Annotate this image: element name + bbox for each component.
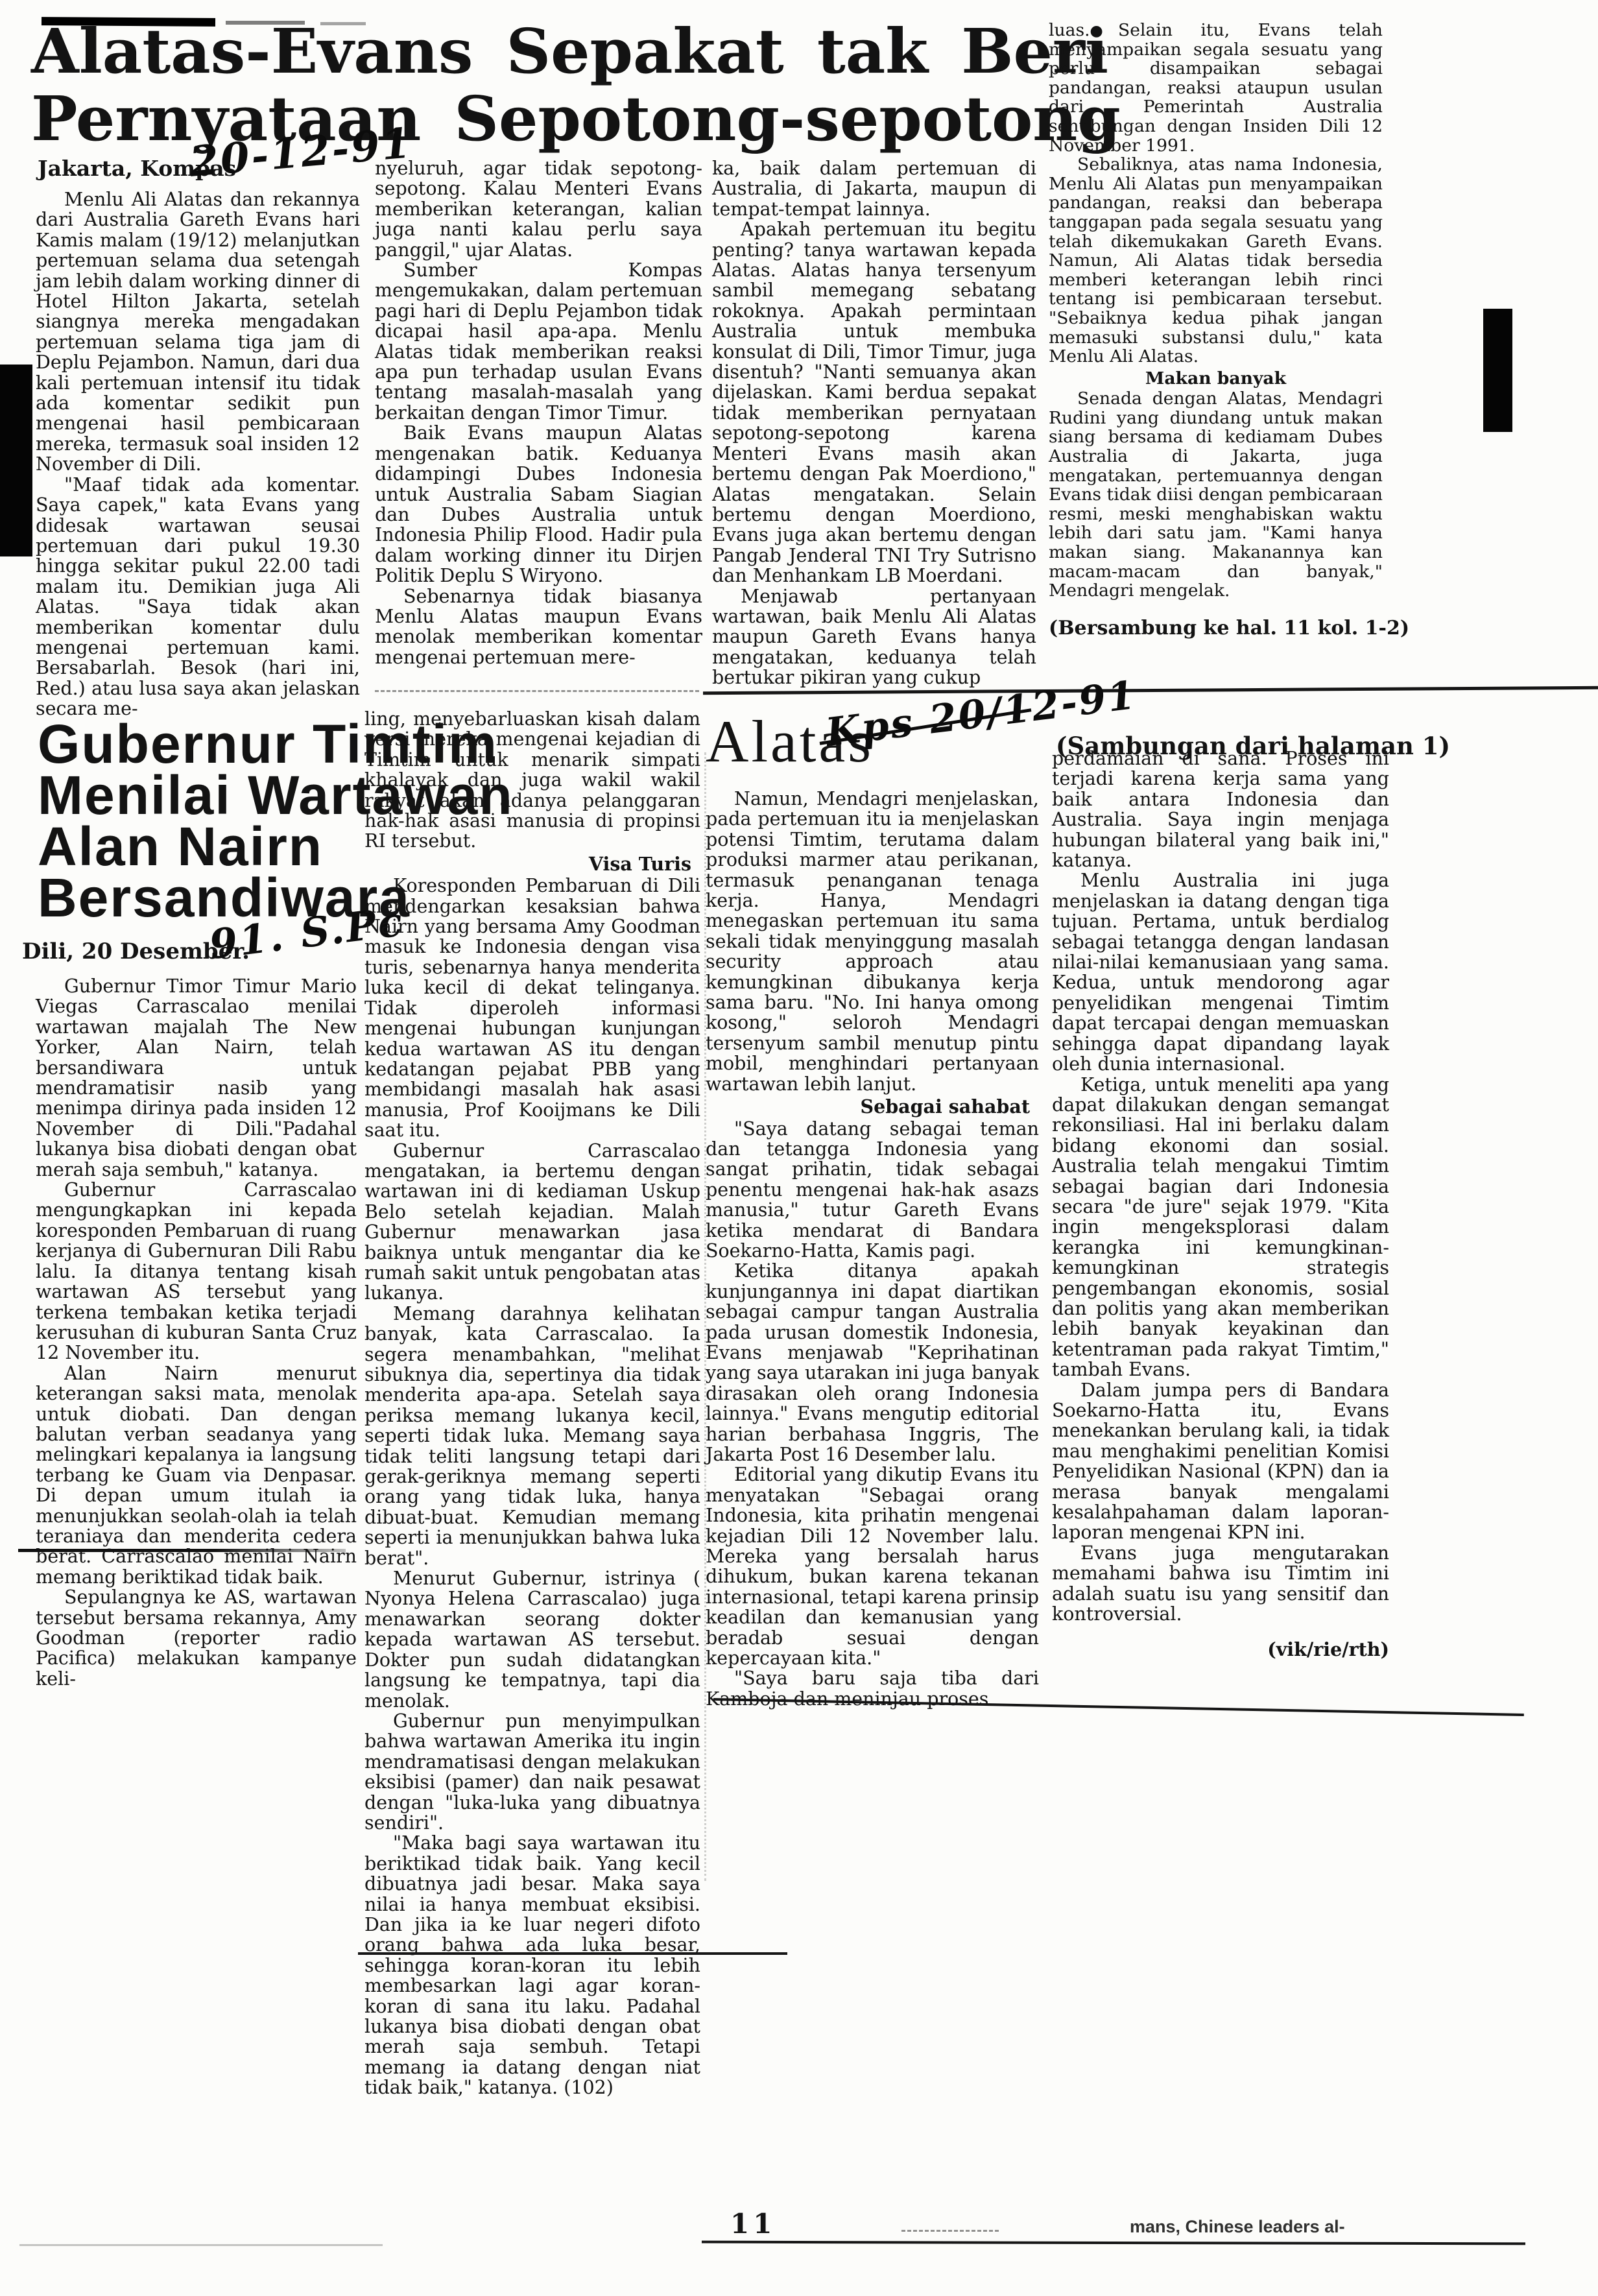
paragraph: Menlu Ali Alatas dan rekannya dari Austr… bbox=[36, 189, 360, 475]
article1-headline-line2: Pernyataan Sepotong-sepotong bbox=[31, 86, 1033, 153]
article1-continued-note: (Bersambung ke hal. 11 kol. 1-2) bbox=[1049, 619, 1383, 638]
paragraph: Memang darahnya kelihatan banyak, kata C… bbox=[364, 1304, 700, 1568]
paragraph: Ketika ditanya apakah kunjungannya ini d… bbox=[706, 1261, 1039, 1465]
article2-column-b: ling, menyebarluaskan kisah dalam versi … bbox=[364, 709, 700, 2098]
paragraph: Gubernur Carrascalao mengungkapkan ini k… bbox=[36, 1180, 357, 1363]
paragraph: perdamaian di sana. Proses ini terjadi k… bbox=[1052, 748, 1389, 870]
paragraph: Editorial yang dikutip Evans itu menyata… bbox=[706, 1465, 1039, 1668]
article2-subhead-visa-turis: Visa Turis bbox=[364, 854, 700, 874]
paragraph: "Maaf tidak ada komentar. Saya capek," k… bbox=[36, 475, 360, 719]
paragraph: Sebaliknya, atas nama Indonesia, Menlu A… bbox=[1049, 155, 1383, 366]
scan-dash-artifact bbox=[375, 690, 699, 692]
article1-column-4: luas. Selain itu, Evans telah menyampaik… bbox=[1049, 21, 1383, 638]
paragraph: Apakah pertemuan itu begitu penting? tan… bbox=[712, 219, 1036, 586]
article3-column-2: perdamaian di sana. Proses ini terjadi k… bbox=[1052, 748, 1389, 1660]
article3-column-1: Namun, Mendagri menjelaskan, pada pertem… bbox=[706, 789, 1039, 1709]
article1-headline: Alatas-Evans Sepakat tak Beri Pernyataan… bbox=[31, 18, 1033, 153]
paragraph: Sebenarnya tidak biasanya Menlu Alatas m… bbox=[375, 586, 702, 668]
paragraph: Menurut Gubernur, istrinya ( Nyonya Hele… bbox=[364, 1568, 700, 1711]
paragraph: luas. Selain itu, Evans telah menyampaik… bbox=[1049, 21, 1383, 155]
paragraph: ling, menyebarluaskan kisah dalam versi … bbox=[364, 709, 700, 852]
paragraph: Namun, Mendagri menjelaskan, pada pertem… bbox=[706, 789, 1039, 1094]
paragraph: Gubernur pun menyimpulkan bahwa wartawan… bbox=[364, 1711, 700, 1833]
paragraph: ka, baik dalam pertemuan di Australia, d… bbox=[712, 158, 1036, 219]
paragraph: Senada dengan Alatas, Mendagri Rudini ya… bbox=[1049, 389, 1383, 601]
article1-column-1: Menlu Ali Alatas dan rekannya dari Austr… bbox=[36, 189, 360, 719]
scan-dash-artifact-bottom bbox=[901, 2230, 999, 2232]
article1-subhead-makan-banyak: Makan banyak bbox=[1049, 369, 1383, 389]
page-bottom-rule-left bbox=[19, 2244, 383, 2246]
article3-signoff: (vik/rie/rth) bbox=[1052, 1640, 1389, 1660]
paragraph: Evans juga mengutarakan memahami bahwa i… bbox=[1052, 1543, 1389, 1625]
paragraph: Menjawab pertanyaan wartawan, baik Menlu… bbox=[712, 586, 1036, 688]
paragraph: Gubernur Carrascalao mengatakan, ia bert… bbox=[364, 1141, 700, 1304]
article1-column-2: nyeluruh, agar tidak sepotong-sepotong. … bbox=[375, 158, 702, 667]
article1-column-3: ka, baik dalam pertemuan di Australia, d… bbox=[712, 158, 1036, 688]
paragraph: Gubernur Timor Timur Mario Viegas Carras… bbox=[36, 976, 357, 1180]
paragraph: nyeluruh, agar tidak sepotong-sepotong. … bbox=[375, 158, 702, 260]
article2-column-a-end-rule bbox=[18, 1549, 346, 1552]
article1-headline-line1: Alatas-Evans Sepakat tak Beri bbox=[31, 18, 1033, 86]
paragraph: Ketiga, untuk meneliti apa yang dapat di… bbox=[1052, 1075, 1389, 1380]
paragraph: Sepulangnya ke AS, wartawan tersebut ber… bbox=[36, 1587, 357, 1689]
article2-column-a: Gubernur Timor Timur Mario Viegas Carras… bbox=[36, 976, 357, 1689]
paragraph: Baik Evans maupun Alatas mengenakan bati… bbox=[375, 423, 702, 586]
paragraph: "Maka bagi saya wartawan itu beriktikad … bbox=[364, 1833, 700, 2098]
scan-black-bar-right bbox=[1483, 309, 1512, 432]
article2-column-b-end-rule bbox=[358, 1952, 787, 1955]
paragraph: Sumber Kompas mengemukakan, dalam pertem… bbox=[375, 260, 702, 423]
newspaper-scan-page: Alatas-Evans Sepakat tak Beri Pernyataan… bbox=[0, 0, 1598, 2296]
scan-black-bar-left bbox=[0, 365, 32, 556]
paragraph: Menlu Australia ini juga menjelaskan ia … bbox=[1052, 870, 1389, 1074]
page-bottom-rule bbox=[702, 2241, 1525, 2245]
paragraph: "Saya datang sebagai teman dan tetangga … bbox=[706, 1119, 1039, 1262]
paragraph: Dalam jumpa pers di Bandara Soekarno-Hat… bbox=[1052, 1380, 1389, 1543]
paragraph: Koresponden Pembaruan di Dili mendengark… bbox=[364, 876, 700, 1140]
article3-subhead-sebagai-sahabat: Sebagai sahabat bbox=[706, 1097, 1039, 1117]
cutoff-text-fragment: mans, Chinese leaders al- bbox=[1130, 2217, 1389, 2243]
paragraph: Alan Nairn menurut keterangan saksi mata… bbox=[36, 1363, 357, 1587]
page-number: 11 bbox=[730, 2208, 776, 2240]
